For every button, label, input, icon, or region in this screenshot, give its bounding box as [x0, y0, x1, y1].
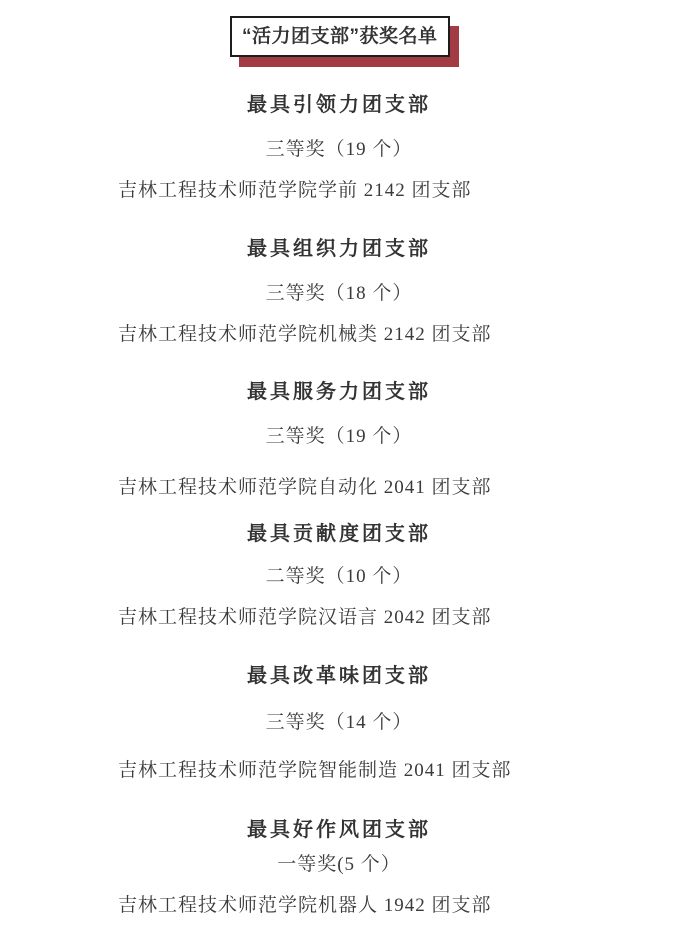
section-leadership: 最具引领力团支部 三等奖（19 个） 吉林工程技术师范学院学前 2142 团支部: [0, 92, 678, 203]
section-heading: 最具组织力团支部: [0, 236, 678, 262]
section-conduct: 最具好作风团支部 一等奖(5 个） 吉林工程技术师范学院机器人 1942 团支部: [0, 817, 678, 918]
award-tier: 二等奖（10 个）: [0, 564, 678, 589]
winner-item: 吉林工程技术师范学院机械类 2142 团支部: [0, 322, 678, 347]
section-service: 最具服务力团支部 三等奖（19 个） 吉林工程技术师范学院自动化 2041 团支…: [0, 379, 678, 500]
document-page: “活力团支部”获奖名单 最具引领力团支部 三等奖（19 个） 吉林工程技术师范学…: [0, 0, 678, 927]
award-tier: 三等奖（18 个）: [0, 281, 678, 306]
section-organization: 最具组织力团支部 三等奖（18 个） 吉林工程技术师范学院机械类 2142 团支…: [0, 236, 678, 347]
section-heading: 最具改革味团支部: [0, 663, 678, 689]
section-heading: 最具好作风团支部: [0, 817, 678, 843]
section-contribution: 最具贡献度团支部 二等奖（10 个） 吉林工程技术师范学院汉语言 2042 团支…: [0, 521, 678, 630]
award-tier: 三等奖（19 个）: [0, 137, 678, 162]
award-title-banner: “活力团支部”获奖名单: [230, 16, 450, 57]
section-reform: 最具改革味团支部 三等奖（14 个） 吉林工程技术师范学院智能制造 2041 团…: [0, 663, 678, 783]
banner-title: “活力团支部”获奖名单: [242, 26, 438, 47]
winner-item: 吉林工程技术师范学院智能制造 2041 团支部: [0, 758, 678, 783]
winner-item: 吉林工程技术师范学院汉语言 2042 团支部: [0, 605, 678, 630]
winner-item: 吉林工程技术师范学院自动化 2041 团支部: [0, 475, 678, 500]
section-heading: 最具服务力团支部: [0, 379, 678, 405]
section-heading: 最具引领力团支部: [0, 92, 678, 118]
banner-row: “活力团支部”获奖名单: [0, 0, 678, 57]
award-tier: 三等奖（14 个）: [0, 710, 678, 735]
winner-item: 吉林工程技术师范学院机器人 1942 团支部: [0, 893, 678, 918]
award-tier: 三等奖（19 个）: [0, 424, 678, 449]
section-heading: 最具贡献度团支部: [0, 521, 678, 547]
winner-item: 吉林工程技术师范学院学前 2142 团支部: [0, 178, 678, 203]
award-tier: 一等奖(5 个）: [0, 852, 678, 877]
